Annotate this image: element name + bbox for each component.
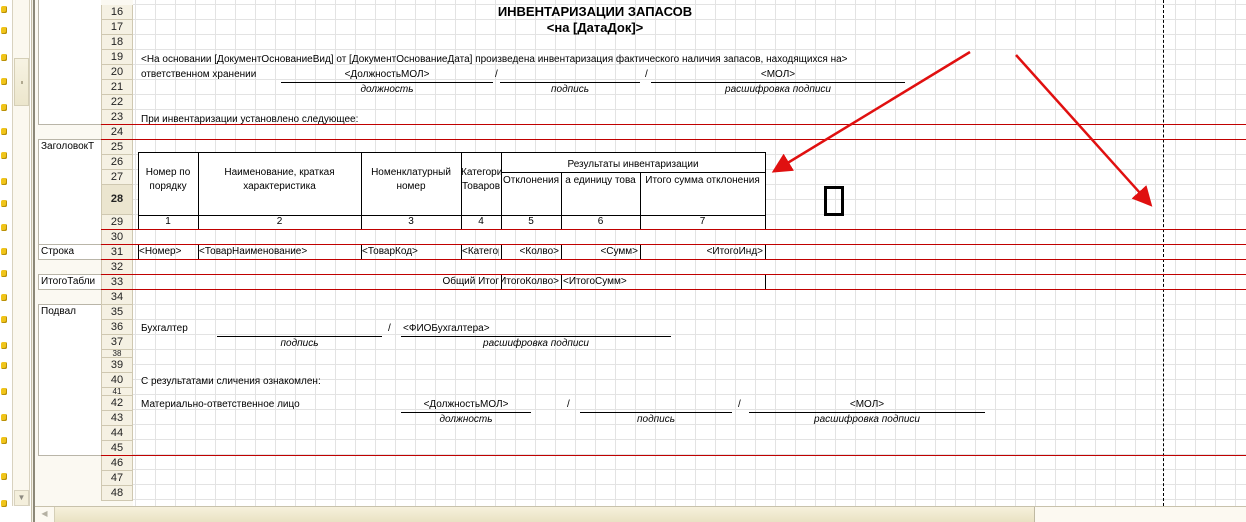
row-template-cell[interactable]: <Номер> (139, 245, 196, 259)
bookmark-marker-icon (1, 178, 7, 185)
caption-position: должность (281, 83, 493, 97)
column-number: 2 (198, 215, 361, 229)
row-template-cell[interactable]: <Категория> (462, 245, 499, 259)
column-header[interactable]: Итого сумма отклонения (640, 174, 765, 204)
column-header[interactable]: Категория Товаров (461, 166, 501, 196)
section-boundary-line (101, 289, 1246, 290)
caption-signature: подпись (217, 337, 382, 351)
scroll-down-button[interactable]: ▼ (14, 490, 29, 506)
row-header-45[interactable]: 45 (101, 441, 133, 456)
bookmark-marker-icon (1, 200, 7, 207)
slash: / (388, 322, 391, 336)
total-sum[interactable]: <ИтогоСумм> (563, 275, 683, 289)
column-number: 6 (561, 215, 640, 229)
bookmark-marker-icon (1, 437, 7, 444)
row-header-43[interactable]: 43 (101, 411, 133, 426)
row-header-20[interactable]: 20 (101, 65, 133, 80)
section-boundary-line (101, 229, 1246, 230)
caption-decode: расшифровка подписи (749, 413, 985, 427)
page-break-line (1163, 0, 1164, 506)
row-template-cell[interactable]: <ИтогоИнд> (641, 245, 763, 259)
bookmark-marker-icon (1, 388, 7, 395)
column-header[interactable]: Номенклатурный номер (361, 166, 461, 196)
section-pane: ЗаголовокТСтрокаИтогоТаблиПодвал (35, 0, 101, 506)
document-date: <на [ДатаДок]> (365, 21, 825, 35)
bookmark-marker-icon (1, 104, 7, 111)
section-2[interactable]: ИтогоТабли (38, 274, 101, 290)
bookmark-marker-icon (1, 27, 7, 34)
mol-label[interactable]: Материально-ответственное лицо (141, 398, 300, 412)
caption-decode: расшифровка подписи (651, 83, 905, 97)
row-header-16[interactable]: 16 (101, 5, 133, 20)
bookmark-marker-icon (1, 500, 7, 507)
section-header-block[interactable] (38, 0, 101, 125)
column-header[interactable]: Наименование, краткая характеристика (198, 166, 361, 196)
row-header-46[interactable]: 46 (101, 456, 133, 471)
row-header-44[interactable]: 44 (101, 426, 133, 441)
row-header-33[interactable]: 33 (101, 275, 133, 290)
scroll-left-button[interactable]: ◀ (35, 507, 55, 522)
column-header[interactable]: а единицу това (561, 174, 640, 204)
group-header[interactable]: Результаты инвентаризации (501, 158, 765, 172)
row-header-17[interactable]: 17 (101, 20, 133, 35)
document-title: ИНВЕНТАРИЗАЦИИ ЗАПАСОВ (365, 5, 825, 19)
bookmark-marker-icon (1, 128, 7, 135)
row-header-34[interactable]: 34 (101, 290, 133, 305)
custody-text[interactable]: ответственном хранении (141, 68, 256, 82)
acquainted-text[interactable]: С результатами сличения ознакомлен: (141, 375, 321, 389)
row-template-cell[interactable]: <Колво> (502, 245, 559, 259)
row-header-37[interactable]: 37 (101, 335, 133, 350)
bookmark-marker-icon (1, 270, 7, 277)
row-header-29[interactable]: 29 (101, 215, 133, 230)
caption-signature: подпись (500, 83, 640, 97)
row-header-19[interactable]: 19 (101, 50, 133, 65)
selected-cell-cursor[interactable] (824, 186, 844, 216)
mol-field[interactable]: <МОЛ> (651, 68, 905, 82)
row-header-42[interactable]: 42 (101, 396, 133, 411)
caption-signature: подпись (580, 413, 732, 427)
mol-field[interactable]: <МОЛ> (749, 398, 985, 412)
column-number: 3 (361, 215, 461, 229)
column-number: 7 (640, 215, 765, 229)
row-template-cell[interactable]: <Сумм> (562, 245, 638, 259)
section-boundary-line (101, 139, 1246, 140)
section-boundary-line (101, 455, 1246, 456)
row-header-24[interactable]: 24 (101, 125, 133, 140)
column-number: 1 (138, 215, 198, 229)
section-boundary-line (101, 274, 1246, 275)
position-field[interactable]: <ДолжностьМОЛ> (401, 398, 531, 412)
scrollbar-thumb[interactable] (14, 58, 29, 106)
section-3[interactable]: Подвал (38, 304, 101, 456)
slash: / (495, 68, 498, 82)
section-0[interactable]: ЗаголовокТ (38, 139, 101, 245)
row-header-18[interactable]: 18 (101, 35, 133, 50)
row-header-36[interactable]: 36 (101, 320, 133, 335)
bookmark-marker-icon (1, 6, 7, 13)
row-template-cell[interactable]: <ТоварКод> (362, 245, 459, 259)
slash: / (645, 68, 648, 82)
basis-text[interactable]: <На основании [ДокументОснованиеВид] от … (141, 53, 941, 67)
tree-vertical-scrollbar[interactable]: ▼ (12, 0, 30, 506)
column-header[interactable]: Отклонения (501, 174, 561, 204)
accountant-label[interactable]: Бухгалтер (141, 322, 188, 336)
bookmark-marker-icon (1, 54, 7, 61)
bookmark-marker-icon (1, 248, 7, 255)
row-header-39[interactable]: 39 (101, 358, 133, 373)
row-header-30[interactable]: 30 (101, 230, 133, 245)
row-header-25[interactable]: 25 (101, 140, 133, 155)
section-1[interactable]: Строка (38, 244, 101, 260)
horizontal-scrollbar[interactable]: ◀ (35, 506, 1246, 522)
row-header-47[interactable]: 47 (101, 471, 133, 486)
row-header-27[interactable]: 27 (101, 170, 133, 185)
bookmark-marker-icon (1, 414, 7, 421)
bookmark-marker-icon (1, 362, 7, 369)
row-header-31[interactable]: 31 (101, 245, 133, 260)
bookmark-marker-icon (1, 342, 7, 349)
row-header-21[interactable]: 21 (101, 80, 133, 95)
row-header-48[interactable]: 48 (101, 486, 133, 501)
bookmark-marker-icon (1, 224, 7, 231)
section-boundary-line (101, 244, 1246, 245)
bookmark-marker-icon (1, 294, 7, 301)
row-header-40[interactable]: 40 (101, 373, 133, 388)
bookmark-gutter (0, 0, 12, 522)
total-label[interactable]: Общий Итог (361, 275, 499, 289)
scrollbar-thumb[interactable] (55, 507, 1035, 522)
spreadsheet-layout[interactable]: ЗаголовокТСтрокаИтогоТаблиПодвал 1617181… (35, 0, 1246, 506)
row-template-cell[interactable]: <ТоварНаименование> (199, 245, 359, 259)
column-header[interactable]: Номер по порядку (138, 166, 198, 196)
row-header-23[interactable]: 23 (101, 110, 133, 125)
caption-decode: расшифровка подписи (401, 337, 671, 351)
section-boundary-line (101, 259, 1246, 260)
position-field[interactable]: <ДолжностьМОЛ> (281, 68, 493, 82)
column-number: 5 (501, 215, 561, 229)
bookmark-marker-icon (1, 78, 7, 85)
column-number: 4 (461, 215, 501, 229)
row-header-22[interactable]: 22 (101, 95, 133, 110)
row-headers: 1617181920212223242526272829303132333435… (101, 0, 133, 506)
row-header-28[interactable]: 28 (101, 185, 133, 215)
bookmark-marker-icon (1, 473, 7, 480)
slash: / (738, 398, 741, 412)
bookmark-marker-icon (1, 316, 7, 323)
row-header-41[interactable]: 41 (101, 388, 133, 396)
bookmark-marker-icon (1, 152, 7, 159)
slash: / (567, 398, 570, 412)
row-header-26[interactable]: 26 (101, 155, 133, 170)
row-header-32[interactable]: 32 (101, 260, 133, 275)
caption-position: должность (401, 413, 531, 427)
total-qty[interactable]: <ИтогоКолво> (501, 275, 559, 289)
section-boundary-line (101, 124, 1246, 125)
accountant-name-field[interactable]: <ФИОБухгалтера> (403, 322, 490, 336)
row-header-38[interactable]: 38 (101, 350, 133, 358)
row-header-35[interactable]: 35 (101, 305, 133, 320)
